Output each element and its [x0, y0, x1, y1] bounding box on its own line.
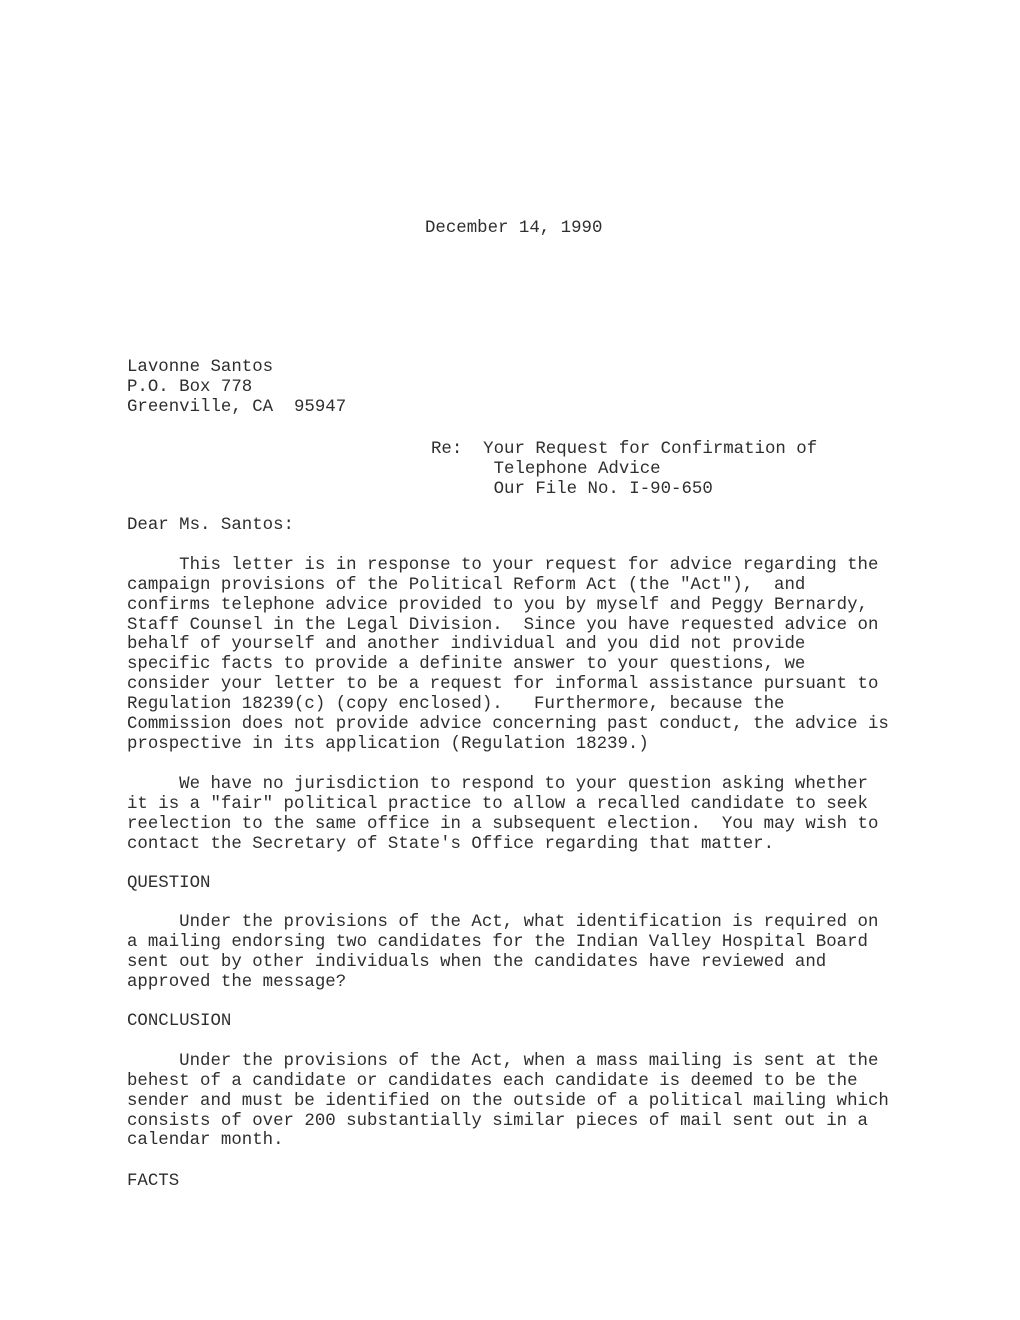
heading-facts: FACTS: [127, 1172, 179, 1192]
paragraph-jurisdiction: We have no jurisdiction to respond to yo…: [127, 775, 878, 854]
paragraph-conclusion: Under the provisions of the Act, when a …: [127, 1052, 889, 1151]
paragraph-intro: This letter is in response to your reque…: [127, 556, 889, 754]
letter-page: December 14, 1990 Lavonne Santos P.O. Bo…: [0, 0, 1020, 1320]
heading-conclusion: CONCLUSION: [127, 1012, 231, 1032]
recipient-address: Lavonne Santos P.O. Box 778 Greenville, …: [127, 358, 346, 418]
salutation: Dear Ms. Santos:: [127, 516, 294, 536]
re-subject-block: Re: Your Request for Confirmation of Tel…: [431, 440, 817, 500]
letter-date: December 14, 1990: [425, 219, 602, 239]
paragraph-question: Under the provisions of the Act, what id…: [127, 913, 878, 992]
heading-question: QUESTION: [127, 874, 211, 894]
